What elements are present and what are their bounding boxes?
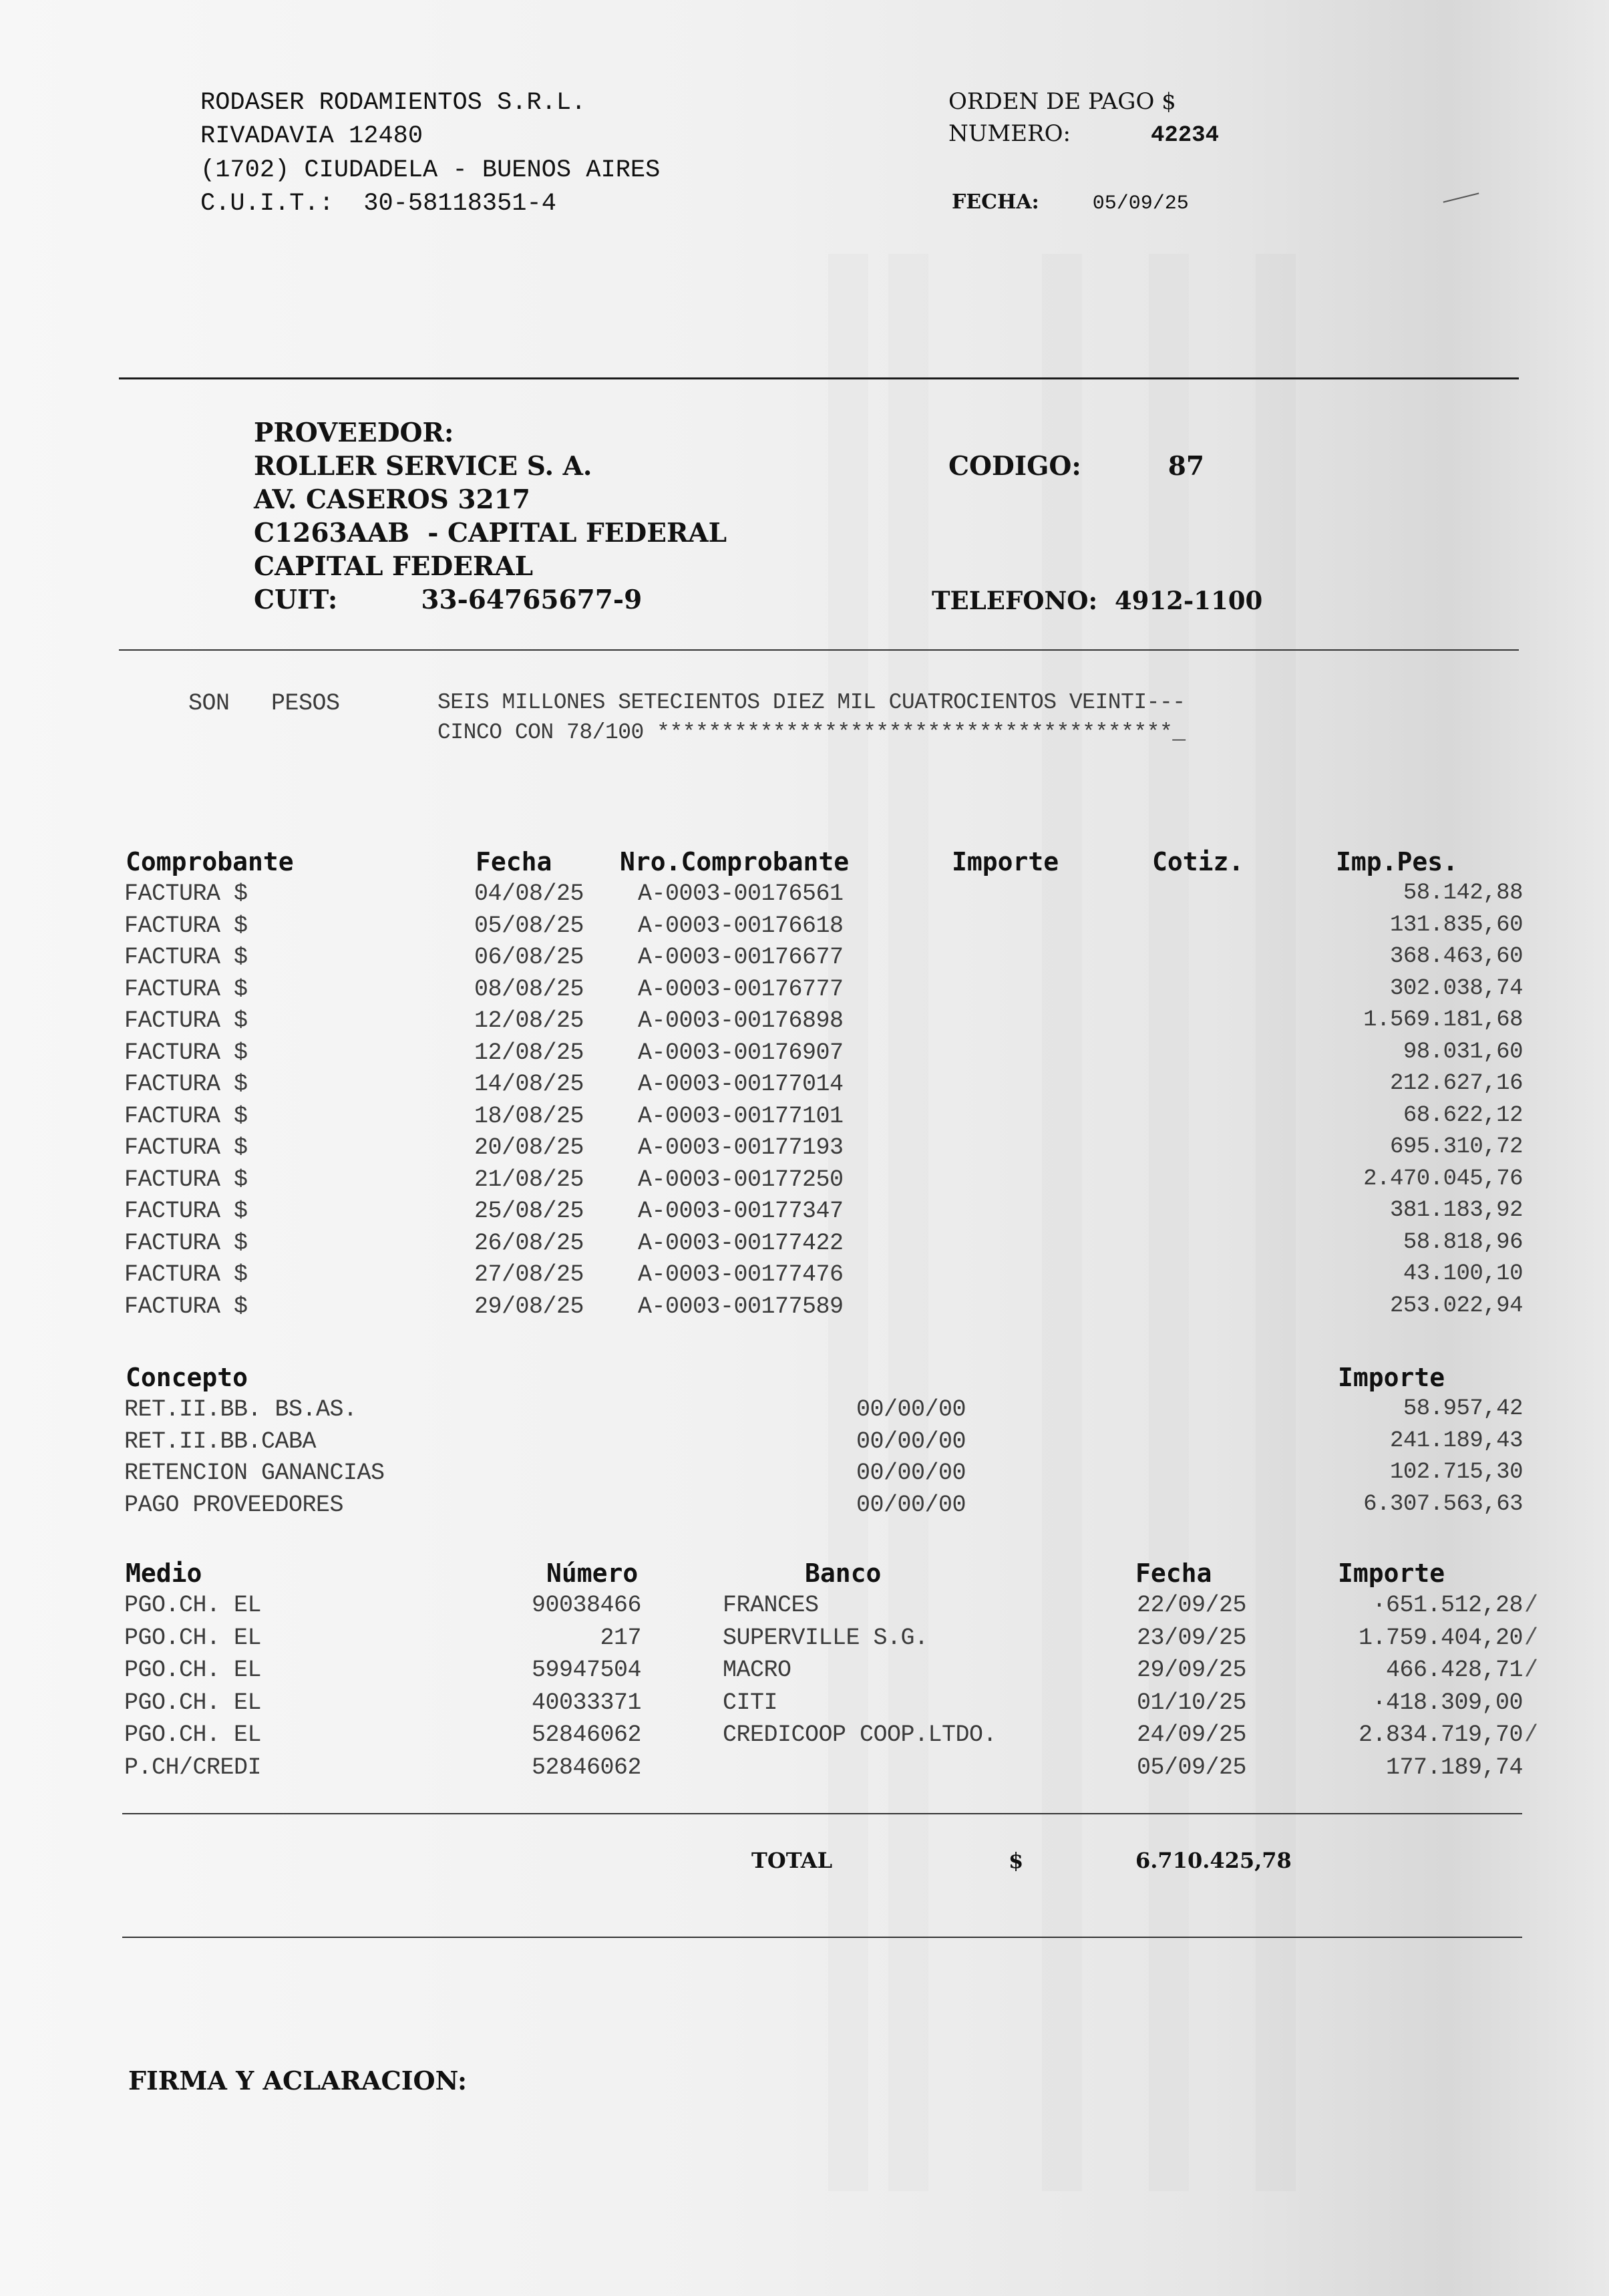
divider-total-bottom (122, 1937, 1522, 1938)
invoice-amount: 1.569.181,68 (1189, 1007, 1523, 1033)
invoice-type: FACTURA $ (124, 1071, 248, 1098)
table-row: FACTURA $25/08/25A-0003-00177347381.183,… (0, 1198, 1609, 1230)
invoice-date: 25/08/25 (474, 1198, 584, 1224)
invoice-number: A-0003-00176618 (638, 913, 844, 939)
invoice-number: A-0003-00177347 (638, 1198, 844, 1224)
issuer-cuit-label: C.U.I.T.: (200, 190, 334, 218)
invoice-amount: 68.622,12 (1189, 1103, 1523, 1128)
invoice-date: 06/08/25 (474, 944, 584, 971)
invoice-number: A-0003-00176677 (638, 944, 844, 971)
invoice-amount: 302.038,74 (1189, 976, 1523, 1001)
col-header-comprobante: Comprobante (126, 847, 294, 876)
invoice-type: FACTURA $ (124, 1230, 248, 1257)
table-row: P.CH/CREDI5284606205/09/25177.189,74 (0, 1754, 1609, 1786)
invoice-date: 26/08/25 (474, 1230, 584, 1257)
order-number: NUMERO:42234 (948, 120, 1219, 148)
issuer-cuit: C.U.I.T.: 30-58118351-4 (200, 190, 556, 218)
col-header-payment-importe: Importe (1338, 1559, 1445, 1588)
invoice-amount: 2.470.045,76 (1189, 1166, 1523, 1192)
concept-name: RETENCION GANANCIAS (124, 1460, 385, 1486)
table-row: PAGO PROVEEDORES00/00/006.307.563,63 (0, 1492, 1609, 1524)
table-row: FACTURA $06/08/25A-0003-00176677368.463,… (0, 944, 1609, 976)
issuer-city: (1702) CIUDADELA - BUENOS AIRES (200, 156, 660, 184)
payment-bank: CREDICOOP COOP.LTDO. (723, 1721, 997, 1748)
check-mark-icon: / (1524, 1721, 1538, 1748)
col-header-cotiz: Cotiz. (1152, 847, 1244, 876)
payment-amount: ·418.309,00 (1189, 1689, 1523, 1716)
invoice-number: A-0003-00176561 (638, 880, 844, 907)
payment-method: PGO.CH. EL (124, 1625, 261, 1651)
check-mark-icon: / (1524, 1625, 1538, 1651)
pen-mark (1443, 192, 1479, 202)
invoice-date: 12/08/25 (474, 1007, 584, 1034)
invoice-type: FACTURA $ (124, 880, 248, 907)
invoice-date: 18/08/25 (474, 1103, 584, 1130)
table-row: FACTURA $08/08/25A-0003-00176777302.038,… (0, 976, 1609, 1008)
concept-amount: 58.957,42 (1189, 1396, 1523, 1422)
payment-bank: FRANCES (723, 1592, 819, 1619)
invoice-type: FACTURA $ (124, 1103, 248, 1130)
invoice-number: A-0003-00177014 (638, 1071, 844, 1098)
table-row: FACTURA $18/08/25A-0003-0017710168.622,1… (0, 1103, 1609, 1135)
issuer-name: RODASER RODAMIENTOS S.R.L. (200, 89, 586, 117)
invoice-number: A-0003-00176907 (638, 1039, 844, 1066)
payment-number: 40033371 (468, 1689, 641, 1716)
payment-number: 90038466 (468, 1592, 641, 1619)
check-mark-icon: / (1524, 1592, 1538, 1619)
supplier-cuit-value: 33-64765677-9 (421, 585, 642, 615)
invoice-amount: 58.818,96 (1189, 1230, 1523, 1255)
concept-name: RET.II.BB.CABA (124, 1428, 316, 1455)
table-row: FACTURA $21/08/25A-0003-001772502.470.04… (0, 1166, 1609, 1198)
issuer-cuit-value: 30-58118351-4 (363, 190, 556, 218)
supplier-address: AV. CASEROS 3217 (254, 484, 530, 515)
table-row: PGO.CH. EL40033371CITI01/10/25·418.309,0… (0, 1689, 1609, 1721)
concept-date: 00/00/00 (856, 1460, 966, 1486)
supplier-province: CAPITAL FEDERAL (254, 551, 533, 582)
concept-amount: 241.189,43 (1189, 1428, 1523, 1454)
concept-name: PAGO PROVEEDORES (124, 1492, 343, 1518)
total-amount: 6.710.425,78 (1135, 1848, 1292, 1873)
concept-amount: 102.715,30 (1189, 1460, 1523, 1485)
divider-top (119, 377, 1519, 379)
invoice-number: A-0003-00177101 (638, 1103, 844, 1130)
table-row: PGO.CH. EL52846062CREDICOOP COOP.LTDO.24… (0, 1721, 1609, 1754)
invoice-date: 08/08/25 (474, 976, 584, 1003)
invoice-date: 20/08/25 (474, 1134, 584, 1161)
divider-total-top (122, 1813, 1522, 1814)
payment-method: PGO.CH. EL (124, 1721, 261, 1748)
divider-supplier (119, 649, 1519, 651)
table-row: RET.II.BB.CABA00/00/00241.189,43 (0, 1428, 1609, 1460)
invoice-number: A-0003-00176777 (638, 976, 844, 1003)
order-date-label: FECHA: (952, 190, 1039, 214)
order-number-value: 42234 (1151, 123, 1219, 148)
invoice-type: FACTURA $ (124, 944, 248, 971)
table-row: PGO.CH. EL217SUPERVILLE S.G.23/09/251.75… (0, 1625, 1609, 1657)
order-number-label: NUMERO: (948, 120, 1071, 147)
supplier-code-label: CODIGO: (948, 451, 1081, 482)
check-mark-icon: / (1524, 1657, 1538, 1683)
invoice-amount: 43.100,10 (1189, 1261, 1523, 1287)
invoice-type: FACTURA $ (124, 1134, 248, 1161)
invoice-number: A-0003-00177250 (638, 1166, 844, 1193)
table-row: FACTURA $14/08/25A-0003-00177014212.627,… (0, 1071, 1609, 1103)
payment-amount: 2.834.719,70 (1189, 1721, 1523, 1748)
table-row: FACTURA $20/08/25A-0003-00177193695.310,… (0, 1134, 1609, 1166)
amount-words-pesos: PESOS (271, 690, 340, 717)
invoice-date: 05/08/25 (474, 913, 584, 939)
col-header-concept-importe: Importe (1338, 1363, 1445, 1392)
concept-name: RET.II.BB. BS.AS. (124, 1396, 357, 1423)
total-currency: $ (1009, 1848, 1023, 1873)
payment-method: PGO.CH. EL (124, 1592, 261, 1619)
table-row: RET.II.BB. BS.AS.00/00/0058.957,42 (0, 1396, 1609, 1428)
col-header-numero: Número (546, 1559, 638, 1588)
order-date: FECHA:05/09/25 (952, 190, 1189, 215)
supplier-phone-value: 4912-1100 (1115, 586, 1262, 615)
payment-method: PGO.CH. EL (124, 1689, 261, 1716)
invoice-type: FACTURA $ (124, 1007, 248, 1034)
invoice-amount: 212.627,16 (1189, 1071, 1523, 1096)
invoice-date: 04/08/25 (474, 880, 584, 907)
payment-number: 52846062 (468, 1721, 641, 1748)
table-row: FACTURA $12/08/25A-0003-001768981.569.18… (0, 1007, 1609, 1039)
invoice-type: FACTURA $ (124, 1166, 248, 1193)
payment-method: P.CH/CREDI (124, 1754, 261, 1781)
invoice-amount: 695.310,72 (1189, 1134, 1523, 1160)
col-header-fecha: Fecha (476, 847, 552, 876)
table-row: FACTURA $26/08/25A-0003-0017742258.818,9… (0, 1230, 1609, 1262)
invoice-type: FACTURA $ (124, 1261, 248, 1288)
table-row: FACTURA $27/08/25A-0003-0017747643.100,1… (0, 1261, 1609, 1293)
supplier-label: PROVEEDOR: (254, 418, 454, 448)
invoice-amount: 381.183,92 (1189, 1198, 1523, 1223)
invoice-number: A-0003-00177476 (638, 1261, 844, 1288)
supplier-phone: TELEFONO: 4912-1100 (932, 586, 1262, 615)
amount-words-line2: CINCO CON 78/100 ***********************… (437, 720, 1186, 745)
payment-number: 59947504 (468, 1657, 641, 1683)
col-header-nro-comprobante: Nro.Comprobante (620, 847, 849, 876)
concept-amount: 6.307.563,63 (1189, 1492, 1523, 1517)
concept-date: 00/00/00 (856, 1428, 966, 1455)
table-row: PGO.CH. EL59947504MACRO29/09/25466.428,7… (0, 1657, 1609, 1689)
col-header-concepto: Concepto (126, 1363, 248, 1392)
invoice-date: 12/08/25 (474, 1039, 584, 1066)
payment-amount: ·651.512,28 (1189, 1592, 1523, 1619)
table-row: FACTURA $05/08/25A-0003-00176618131.835,… (0, 913, 1609, 945)
supplier-postal: C1263AAB - CAPITAL FEDERAL (254, 518, 727, 548)
issuer-address: RIVADAVIA 12480 (200, 122, 423, 150)
payment-method: PGO.CH. EL (124, 1657, 261, 1683)
supplier-name: ROLLER SERVICE S. A. (254, 451, 592, 482)
supplier-cuit-label: CUIT: (254, 585, 337, 615)
payment-amount: 177.189,74 (1189, 1754, 1523, 1781)
invoice-number: A-0003-00177589 (638, 1293, 844, 1320)
table-row: FACTURA $04/08/25A-0003-0017656158.142,8… (0, 880, 1609, 913)
invoice-number: A-0003-00176898 (638, 1007, 844, 1034)
payment-order-document: RODASER RODAMIENTOS S.R.L. RIVADAVIA 124… (0, 0, 1609, 2296)
invoice-date: 21/08/25 (474, 1166, 584, 1193)
col-header-payment-fecha: Fecha (1135, 1559, 1212, 1588)
table-row: PGO.CH. EL90038466FRANCES22/09/25·651.51… (0, 1592, 1609, 1624)
payment-number: 52846062 (468, 1754, 641, 1781)
invoice-amount: 131.835,60 (1189, 913, 1523, 938)
invoice-date: 14/08/25 (474, 1071, 584, 1098)
invoice-amount: 98.031,60 (1189, 1039, 1523, 1065)
amount-words-line1: SEIS MILLONES SETECIENTOS DIEZ MIL CUATR… (437, 690, 1186, 715)
invoice-date: 29/08/25 (474, 1293, 584, 1320)
concept-date: 00/00/00 (856, 1396, 966, 1423)
table-row: FACTURA $29/08/25A-0003-00177589253.022,… (0, 1293, 1609, 1325)
col-header-imp-pes: Imp.Pes. (1336, 847, 1458, 876)
payment-amount: 1.759.404,20 (1189, 1625, 1523, 1651)
total-label: TOTAL (751, 1848, 832, 1873)
payment-bank: MACRO (723, 1657, 791, 1683)
invoice-type: FACTURA $ (124, 1293, 248, 1320)
col-header-importe: Importe (952, 847, 1059, 876)
invoice-type: FACTURA $ (124, 1039, 248, 1066)
payment-bank: CITI (723, 1689, 777, 1716)
signature-label: FIRMA Y ACLARACION: (128, 2066, 467, 2096)
order-date-value: 05/09/25 (1093, 192, 1189, 215)
col-header-medio: Medio (126, 1559, 202, 1588)
supplier-phone-label: TELEFONO: (932, 586, 1097, 615)
amount-words-son: SON (188, 690, 230, 717)
table-row: RETENCION GANANCIAS00/00/00102.715,30 (0, 1460, 1609, 1492)
table-row: FACTURA $12/08/25A-0003-0017690798.031,6… (0, 1039, 1609, 1072)
order-title: ORDEN DE PAGO $ (948, 88, 1176, 115)
invoice-type: FACTURA $ (124, 1198, 248, 1224)
supplier-code: CODIGO:87 (948, 451, 1204, 482)
invoice-amount: 253.022,94 (1189, 1293, 1523, 1319)
invoice-amount: 58.142,88 (1189, 880, 1523, 906)
invoice-number: A-0003-00177193 (638, 1134, 844, 1161)
invoice-amount: 368.463,60 (1189, 944, 1523, 969)
supplier-code-value: 87 (1168, 451, 1204, 482)
invoice-type: FACTURA $ (124, 976, 248, 1003)
invoice-type: FACTURA $ (124, 913, 248, 939)
invoice-number: A-0003-00177422 (638, 1230, 844, 1257)
concept-date: 00/00/00 (856, 1492, 966, 1518)
payment-bank: SUPERVILLE S.G. (723, 1625, 928, 1651)
payment-number: 217 (468, 1625, 641, 1651)
payment-amount: 466.428,71 (1189, 1657, 1523, 1683)
supplier-cuit: CUIT:33-64765677-9 (254, 585, 642, 615)
invoice-date: 27/08/25 (474, 1261, 584, 1288)
col-header-banco: Banco (805, 1559, 881, 1588)
